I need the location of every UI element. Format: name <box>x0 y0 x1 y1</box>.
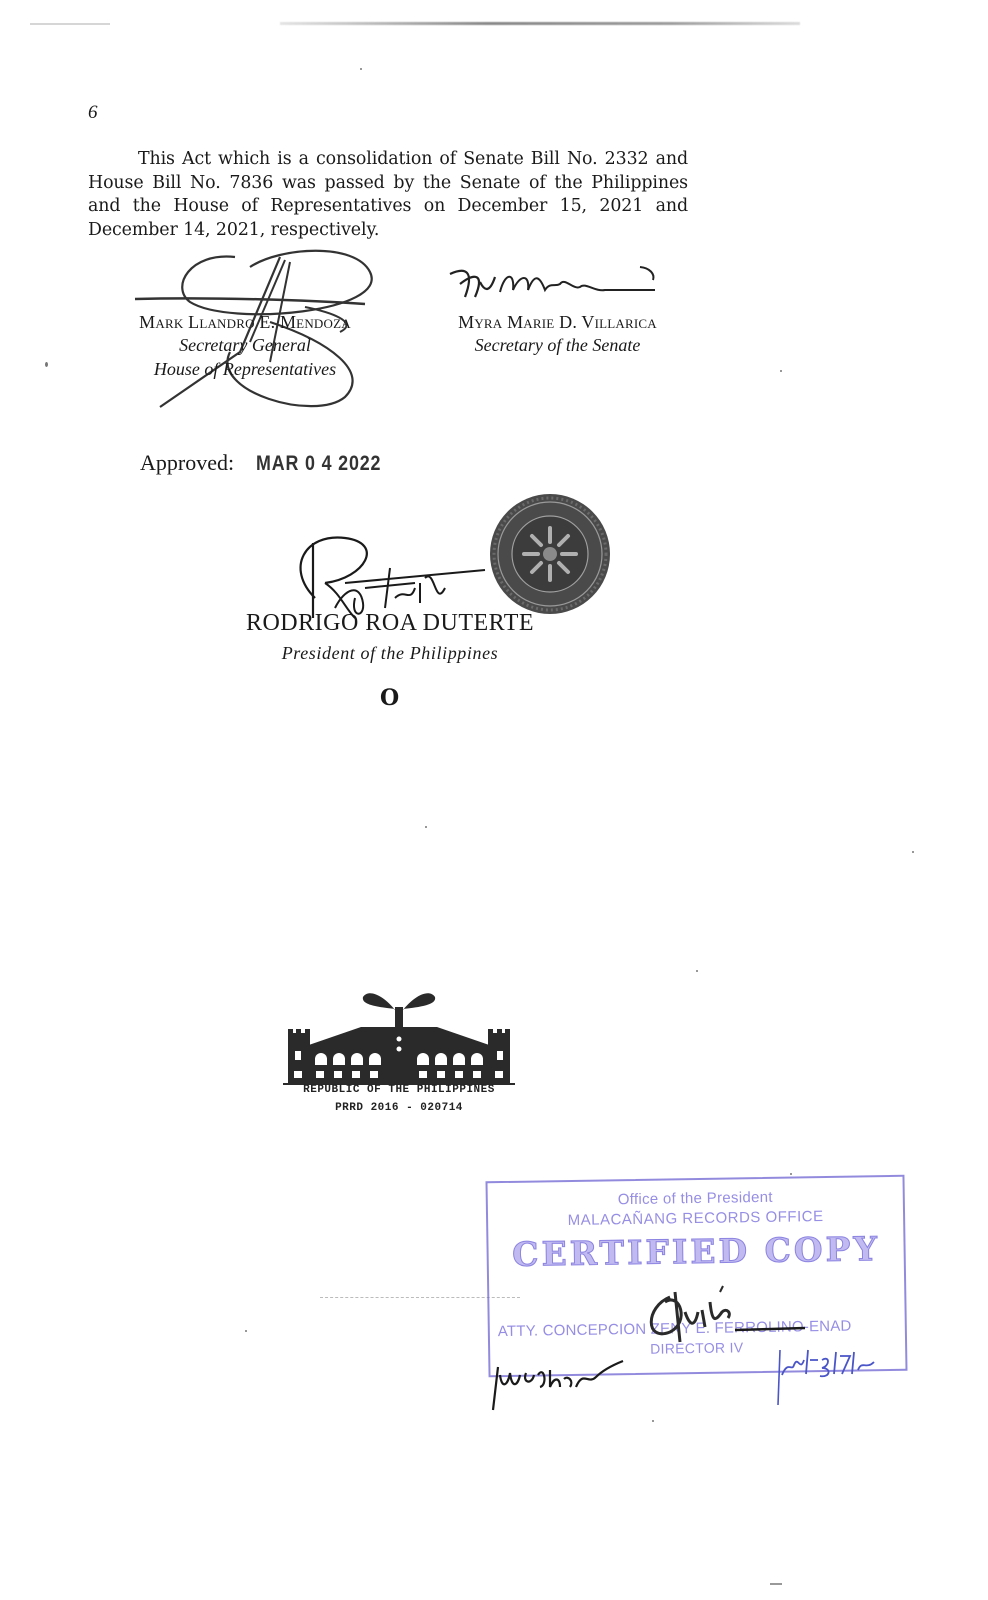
scan-speck <box>45 362 48 367</box>
palace-logo-caption: REPUBLIC OF THE PHILIPPINES <box>283 1084 515 1096</box>
house-signatory-name: Mark Llandro E. Mendoza <box>100 312 390 333</box>
president-title: President of the Philippines <box>200 643 580 664</box>
palace-logo-code: PRRD 2016 - 020714 <box>283 1102 515 1114</box>
enactment-text: This Act which is a consolidation of Sen… <box>88 149 688 240</box>
end-of-document-mark: O <box>380 685 399 711</box>
initials-handwriting-icon <box>488 1355 628 1415</box>
house-signatory: Mark Llandro E. Mendoza Secretary Genera… <box>100 312 390 381</box>
scan-speck <box>770 1583 782 1585</box>
scan-speck <box>912 851 914 853</box>
scan-speck <box>245 1330 247 1332</box>
scan-speck <box>790 1173 792 1175</box>
malacanang-palace-logo-icon <box>283 985 515 1085</box>
house-signatory-chamber: House of Representatives <box>100 357 390 381</box>
enactment-clause: This Act which is a consolidation of Sen… <box>88 148 688 242</box>
scan-artifact <box>280 22 800 25</box>
president-name: RODRIGO ROA DUTERTE <box>200 610 580 637</box>
approval-line: Approved:MAR 0 4 2022 <box>140 450 404 476</box>
presidential-seal-icon <box>488 492 612 616</box>
scan-speck <box>425 826 427 828</box>
senate-signature-icon <box>445 262 665 307</box>
approval-date-stamp: MAR 0 4 2022 <box>256 452 381 476</box>
scan-speck <box>652 1420 654 1422</box>
scan-speck <box>696 970 698 972</box>
scan-artifact <box>30 23 110 25</box>
page-number: 6 <box>88 102 98 124</box>
senate-signatory-name: Myra Marie D. Villarica <box>425 312 690 333</box>
stamp-records-office: MALACAÑANG RECORDS OFFICE <box>488 1207 903 1231</box>
senate-signatory-title: Secretary of the Senate <box>425 333 690 357</box>
senate-signatory: Myra Marie D. Villarica Secretary of the… <box>425 312 690 357</box>
date-handwriting-icon <box>770 1340 880 1410</box>
approval-label: Approved: <box>140 450 234 475</box>
president-signatory: RODRIGO ROA DUTERTE President of the Phi… <box>200 610 580 664</box>
stamp-certified-copy: CERTIFIED COPY <box>488 1229 904 1275</box>
house-signatory-title: Secretary General <box>100 333 390 357</box>
scan-speck <box>780 370 782 372</box>
scan-speck <box>360 68 362 70</box>
